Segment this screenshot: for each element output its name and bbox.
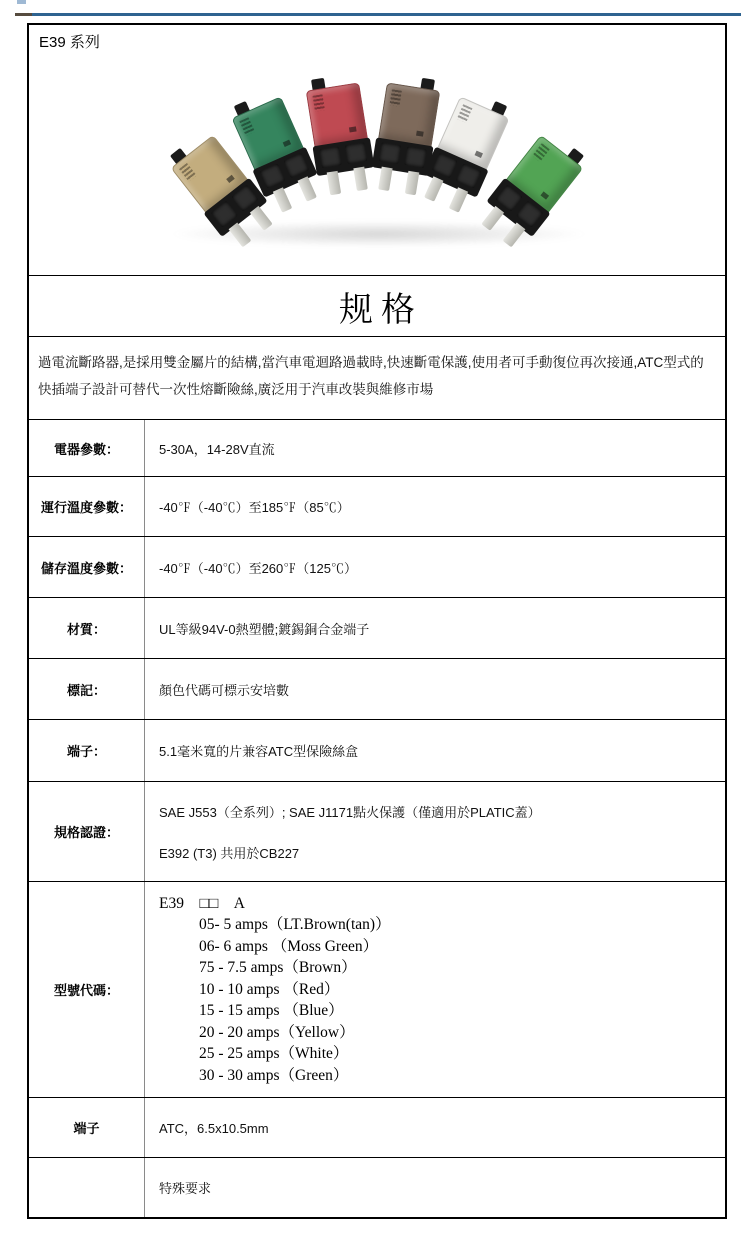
row-label: 型號代碼： xyxy=(29,882,145,1097)
spec-row-operating-temp: 運行溫度參數： -40℉（-40℃）至185℉（85℃） xyxy=(29,476,725,536)
spec-row-marking: 標記： 顏色代碼可標示安培數 xyxy=(29,658,725,719)
row-label: 端子： xyxy=(29,720,145,781)
breaker-blade xyxy=(503,223,526,248)
spec-row-terminal: 端子： 5.1毫米寬的片兼容ATC型保險絲盒 xyxy=(29,719,725,781)
model-code-block: E39 □□ A 05- 5 amps（LT.Brown(tan)） 06- 6… xyxy=(145,882,725,1097)
certification-line: SAE J553（全系列）; SAE J1171點火保護（僅適用於PLATIC蓋… xyxy=(159,802,541,821)
row-label: 端子 xyxy=(29,1098,145,1157)
breaker-blade xyxy=(229,223,252,248)
spec-row-storage-temp: 儲存溫度參數： -40℉（-40℃）至260℉（125℃） xyxy=(29,536,725,597)
row-value: SAE J553（全系列）; SAE J1171點火保護（僅適用於PLATIC蓋… xyxy=(145,782,725,881)
model-code-option: 05- 5 amps（LT.Brown(tan)） xyxy=(199,914,391,936)
product-description: 過電流斷路器,是採用雙金屬片的結構,當汽車電迴路過載時,快速斷電保護,使用者可手… xyxy=(29,336,725,419)
model-code-option: 10 - 10 amps （Red） xyxy=(199,979,339,1001)
spec-row-terminal-size: 端子 ATC，6.5x10.5mm xyxy=(29,1097,725,1157)
breaker-blade xyxy=(327,171,341,195)
spec-row-electrical: 電器參數： 5-30A，14-28V直流 xyxy=(29,419,725,476)
certification-line: E392 (T3) 共用於CB227 xyxy=(159,843,299,862)
row-label: 儲存溫度參數： xyxy=(29,537,145,597)
model-code-option: 15 - 15 amps （Blue） xyxy=(199,1000,344,1022)
page-top-icon xyxy=(17,0,26,4)
model-code-option: 20 - 20 amps（Yellow） xyxy=(199,1022,355,1044)
breaker-blade xyxy=(449,187,468,212)
row-value: 5-30A，14-28V直流 xyxy=(145,420,725,476)
model-code-option: 06- 6 amps （Moss Green） xyxy=(199,936,378,958)
row-label: 標記： xyxy=(29,659,145,719)
row-value: 顏色代碼可標示安培數 xyxy=(145,659,725,719)
spec-row-certifications: 規格認證： SAE J553（全系列）; SAE J1171點火保護（僅適用於P… xyxy=(29,781,725,881)
spec-section-title: 规格 xyxy=(29,275,725,336)
row-label: 材質： xyxy=(29,598,145,658)
row-label: 電器參數： xyxy=(29,420,145,476)
series-title: E39 系列 xyxy=(39,31,100,52)
row-value: 5.1毫米寬的片兼容ATC型保險絲盒 xyxy=(145,720,725,781)
spec-row-special-requirements: 特殊要求 xyxy=(29,1157,725,1217)
breaker-blade xyxy=(481,206,504,231)
header-rule xyxy=(15,13,741,16)
spec-row-material: 材質： UL等級94V-0熱塑體;鍍錫銅合金端子 xyxy=(29,597,725,658)
breaker-blade xyxy=(378,167,392,191)
row-label: 運行溫度參數： xyxy=(29,477,145,536)
breaker-blade xyxy=(424,176,443,201)
row-value: -40℉（-40℃）至185℉（85℃） xyxy=(145,477,725,536)
model-code-heading: E39 □□ A xyxy=(159,893,245,915)
model-code-option: 30 - 30 amps（Green） xyxy=(199,1065,348,1087)
breaker-blade xyxy=(273,187,292,212)
spec-row-model-code: 型號代碼： E39 □□ A 05- 5 amps（LT.Brown(tan)）… xyxy=(29,881,725,1097)
spec-document-frame: E39 系列 规格 過電流斷路器,是採用雙金屬片的結構,當汽車電迴路過載時,快速… xyxy=(27,23,727,1219)
breaker-blade xyxy=(298,176,317,201)
breaker-blade xyxy=(353,167,367,191)
row-label: 規格認證： xyxy=(29,782,145,881)
model-code-option: 75 - 7.5 amps（Brown） xyxy=(199,957,357,979)
row-value: UL等級94V-0熱塑體;鍍錫銅合金端子 xyxy=(145,598,725,658)
product-photo-section: E39 系列 xyxy=(29,25,725,275)
row-value: 特殊要求 xyxy=(145,1158,725,1217)
header-rule-blue-segment xyxy=(32,13,741,16)
header-rule-dark-segment xyxy=(15,13,32,16)
spec-sheet-page: E39 系列 规格 過電流斷路器,是採用雙金屬片的結構,當汽車電迴路過載時,快速… xyxy=(0,0,750,1233)
row-value: -40℉（-40℃）至260℉（125℃） xyxy=(145,537,725,597)
row-value: ATC，6.5x10.5mm xyxy=(145,1098,725,1157)
model-code-option: 25 - 25 amps（White） xyxy=(199,1043,348,1065)
row-label xyxy=(29,1158,145,1217)
